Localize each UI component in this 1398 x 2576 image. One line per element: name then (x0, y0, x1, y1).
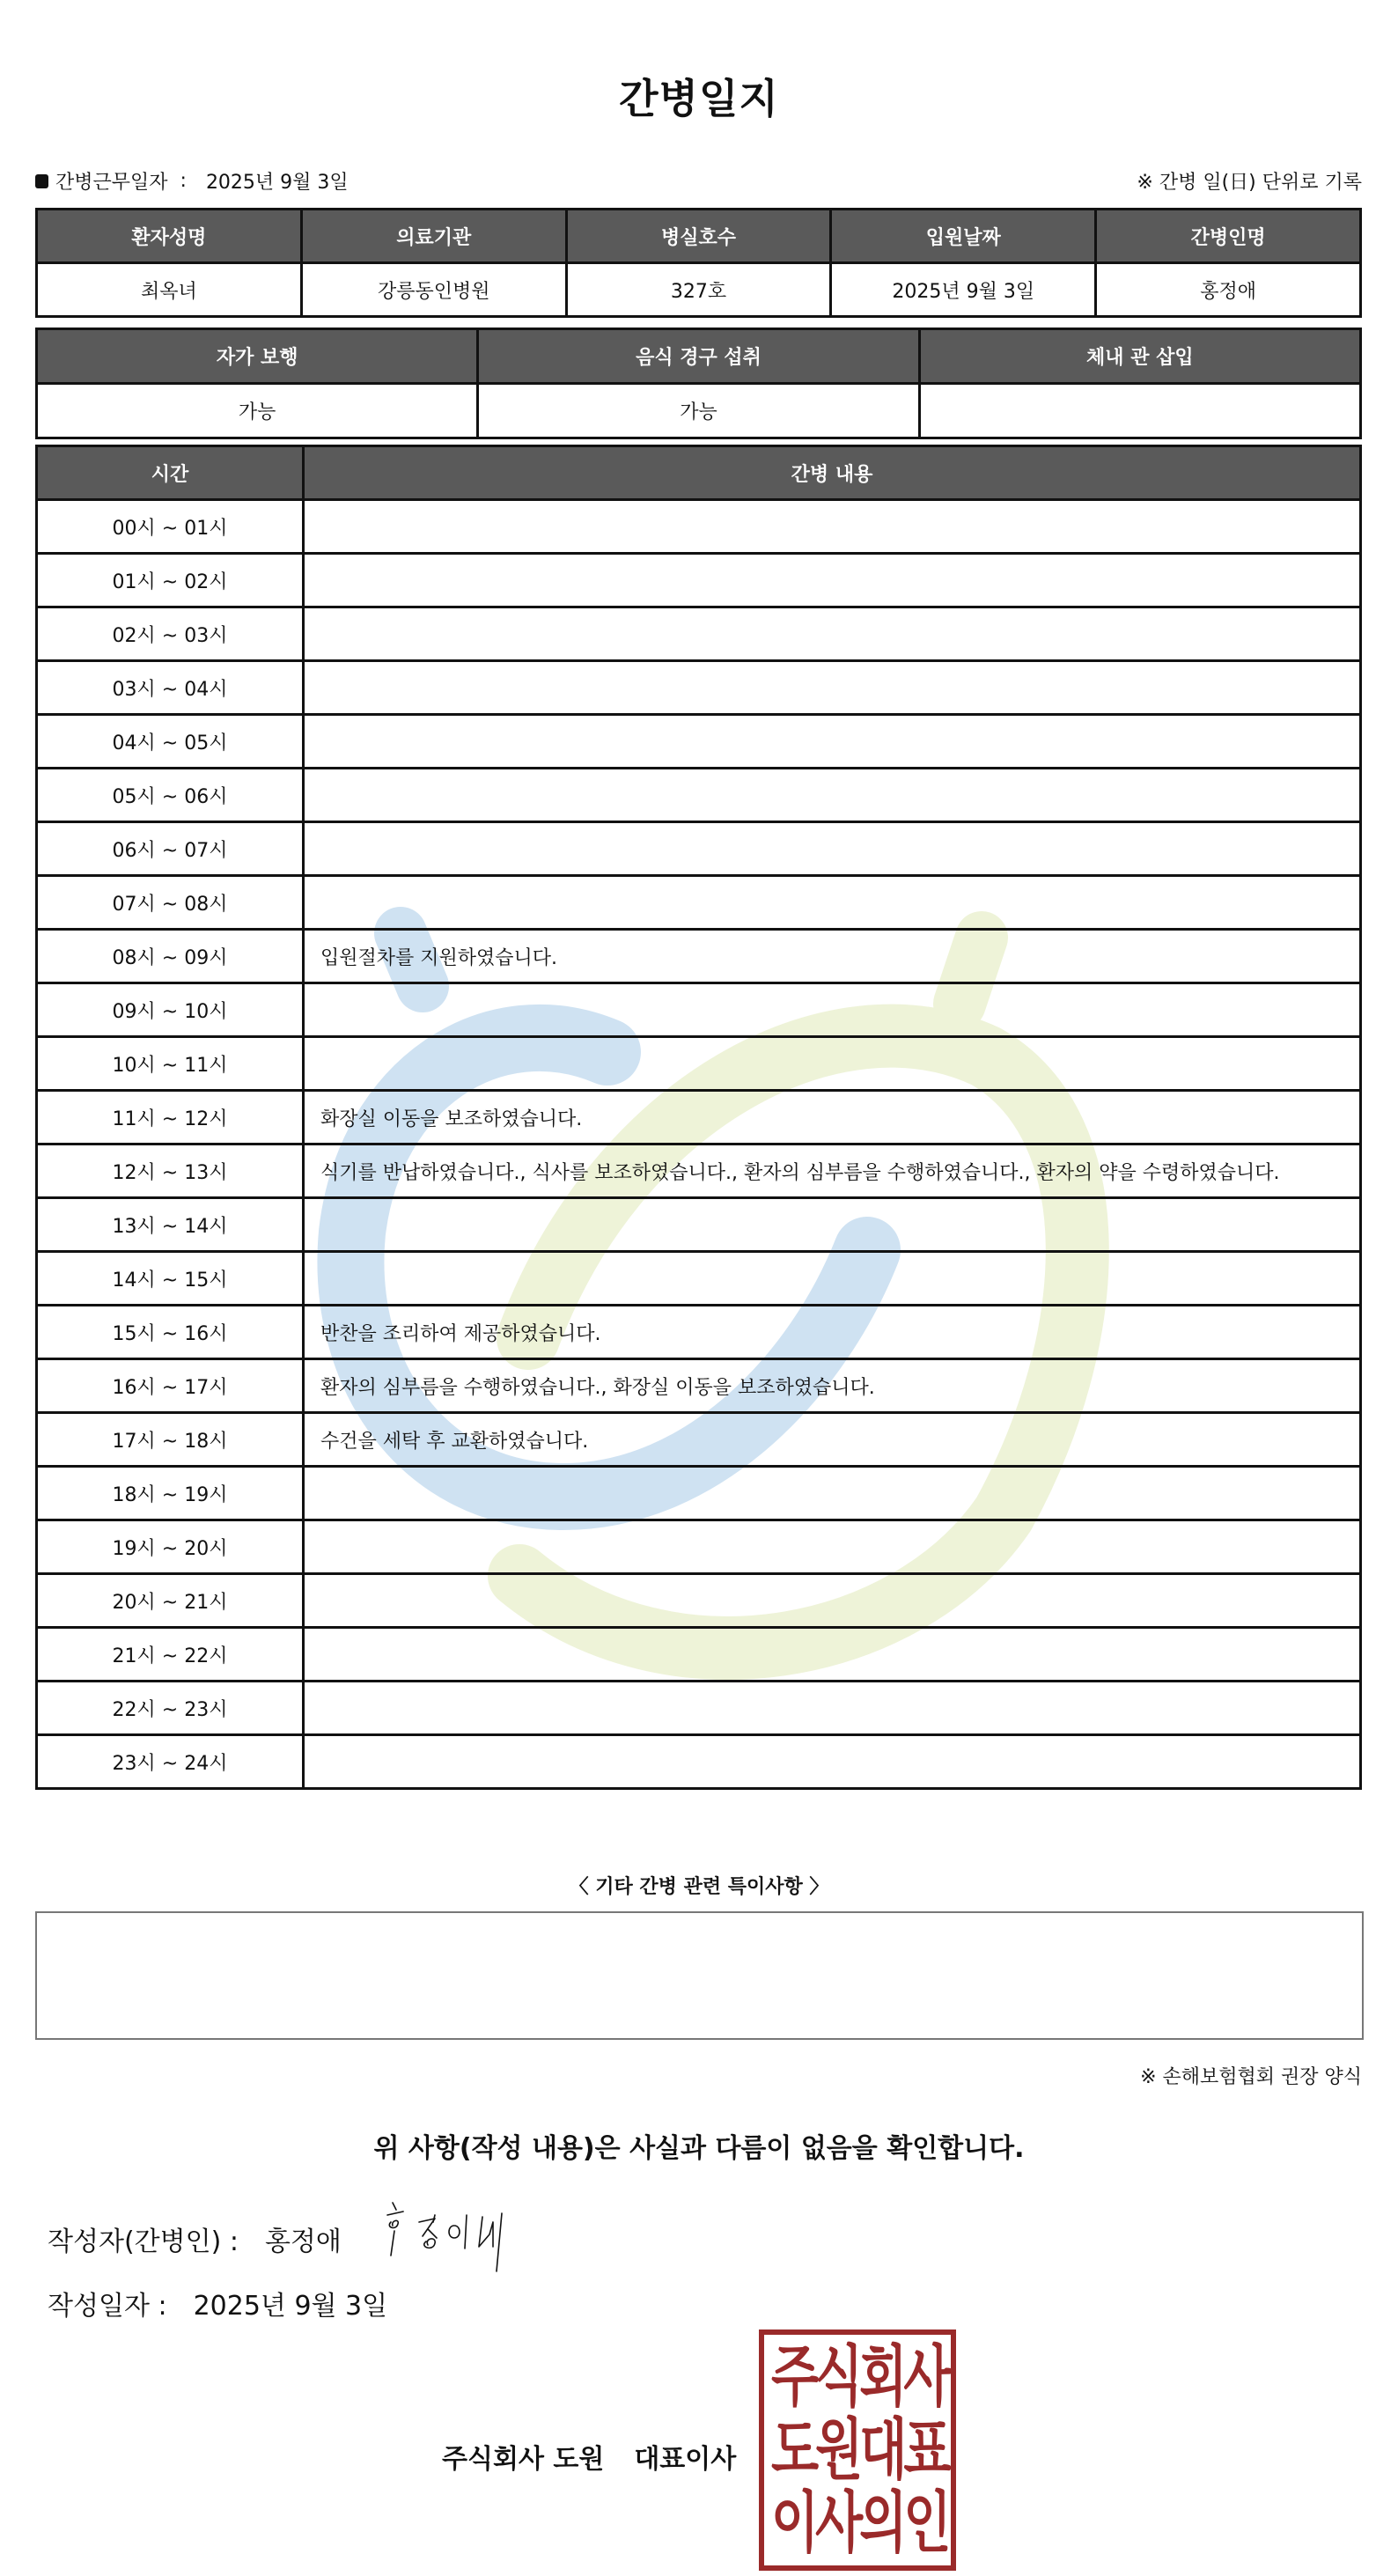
stamp-character: 대 (859, 2418, 903, 2484)
time-slot-cell: 01시 ~ 02시 (37, 554, 304, 607)
table-row: 06시 ~ 07시 (37, 822, 1361, 876)
care-content-cell: 반찬을 조리하여 제공하였습니다. (304, 1306, 1361, 1359)
table-row: 16시 ~ 17시환자의 심부름을 수행하였습니다., 화장실 이동을 보조하였… (37, 1359, 1361, 1413)
time-slot-cell: 03시 ~ 04시 (37, 661, 304, 715)
work-date-value: 2025년 9월 3일 (206, 167, 349, 195)
stamp-character: 식 (815, 2345, 859, 2412)
table-row: 04시 ~ 05시 (37, 715, 1361, 769)
care-content-cell (304, 769, 1361, 822)
care-content-cell (304, 1574, 1361, 1628)
table-row: 00시 ~ 01시 (37, 500, 1361, 554)
care-log-header-row: 시간 간병 내용 (37, 446, 1361, 500)
handwritten-signature (384, 2196, 516, 2275)
stamp-row: 도원대표 (771, 2415, 947, 2488)
care-log-body: 00시 ~ 01시01시 ~ 02시02시 ~ 03시03시 ~ 04시04시 … (37, 500, 1361, 1789)
time-slot-cell: 18시 ~ 19시 (37, 1467, 304, 1520)
patient-info-value-row: 최옥녀 강릉동인병원 327호 2025년 9월 3일 홍정애 (37, 263, 1361, 317)
header-oral-intake: 음식 경구 섭취 (478, 329, 919, 384)
care-content-cell (304, 876, 1361, 930)
time-slot-cell: 04시 ~ 05시 (37, 715, 304, 769)
company-name: 주식회사 도원 (442, 2437, 604, 2476)
time-slot-cell: 07시 ~ 08시 (37, 876, 304, 930)
care-content-cell: 식기를 반납하였습니다., 식사를 보조하였습니다., 환자의 심부름을 수행하… (304, 1144, 1361, 1198)
header-time: 시간 (37, 446, 304, 500)
care-log-table: 시간 간병 내용 00시 ~ 01시01시 ~ 02시02시 ~ 03시03시 … (35, 445, 1362, 1790)
stamp-character: 주 (771, 2345, 815, 2412)
care-content-cell (304, 1682, 1361, 1735)
record-unit-note: ※ 간병 일(日) 단위로 기록 (1137, 167, 1362, 195)
care-content-cell (304, 1467, 1361, 1520)
caregiver-name-cell: 홍정애 (1096, 263, 1361, 317)
ceo-title: 대표이사 (634, 2437, 736, 2476)
care-content-cell: 입원절차를 지원하였습니다. (304, 930, 1361, 983)
self-walking-cell: 가능 (37, 384, 478, 438)
header-admission-date: 입원날짜 (831, 210, 1096, 263)
table-row: 12시 ~ 13시식기를 반납하였습니다., 식사를 보조하였습니다., 환자의… (37, 1144, 1361, 1198)
time-slot-cell: 14시 ~ 15시 (37, 1252, 304, 1306)
time-slot-cell: 21시 ~ 22시 (37, 1628, 304, 1682)
stamp-character: 이 (771, 2491, 815, 2558)
table-row: 07시 ~ 08시 (37, 876, 1361, 930)
table-row: 22시 ~ 23시 (37, 1682, 1361, 1735)
writer-name: 홍정애 (265, 2219, 342, 2258)
written-date-value: 2025년 9월 3일 (194, 2284, 388, 2322)
stamp-character: 인 (903, 2491, 947, 2558)
header-care-content: 간병 내용 (304, 446, 1361, 500)
stamp-row: 주식회사 (771, 2342, 947, 2415)
care-content-cell: 환자의 심부름을 수행하였습니다., 화장실 이동을 보조하였습니다. (304, 1359, 1361, 1413)
work-date: 간병근무일자 : 2025년 9월 3일 (35, 167, 349, 195)
stamp-character: 회 (859, 2345, 903, 2412)
stamp-character: 사 (903, 2345, 947, 2412)
stamp-character: 도 (771, 2418, 815, 2484)
confirmation-statement: 위 사항(작성 내용)은 사실과 다름이 없음을 확인합니다. (0, 2126, 1398, 2165)
table-row: 01시 ~ 02시 (37, 554, 1361, 607)
stamp-character: 표 (903, 2418, 947, 2484)
table-row: 10시 ~ 11시 (37, 1037, 1361, 1091)
table-row: 09시 ~ 10시 (37, 983, 1361, 1037)
care-content-cell (304, 607, 1361, 661)
writer-label: 작성자(간병인) : (48, 2219, 239, 2258)
table-row: 05시 ~ 06시 (37, 769, 1361, 822)
time-slot-cell: 12시 ~ 13시 (37, 1144, 304, 1198)
status-info-value-row: 가능 가능 (37, 384, 1361, 438)
time-slot-cell: 16시 ~ 17시 (37, 1359, 304, 1413)
table-row: 13시 ~ 14시 (37, 1198, 1361, 1252)
time-slot-cell: 11시 ~ 12시 (37, 1091, 304, 1144)
table-row: 15시 ~ 16시반찬을 조리하여 제공하였습니다. (37, 1306, 1361, 1359)
company-seal-stamp: 주식회사 도원대표 이사의인 (759, 2329, 956, 2571)
time-slot-cell: 17시 ~ 18시 (37, 1413, 304, 1467)
written-date-label: 작성일자 : (48, 2284, 167, 2322)
patient-info-header-row: 환자성명 의료기관 병실호수 입원날짜 간병인명 (37, 210, 1361, 263)
care-content-cell (304, 554, 1361, 607)
time-slot-cell: 13시 ~ 14시 (37, 1198, 304, 1252)
table-row: 11시 ~ 12시화장실 이동을 보조하였습니다. (37, 1091, 1361, 1144)
time-slot-cell: 10시 ~ 11시 (37, 1037, 304, 1091)
admission-date-cell: 2025년 9월 3일 (831, 263, 1096, 317)
patient-name-cell: 최옥녀 (37, 263, 302, 317)
time-slot-cell: 19시 ~ 20시 (37, 1520, 304, 1574)
time-slot-cell: 08시 ~ 09시 (37, 930, 304, 983)
tube-insertion-cell (919, 384, 1360, 438)
status-info-table: 자가 보행 음식 경구 섭취 체내 관 삽입 가능 가능 (35, 328, 1362, 439)
header-caregiver-name: 간병인명 (1096, 210, 1361, 263)
stamp-character: 사 (815, 2491, 859, 2558)
care-content-cell (304, 1735, 1361, 1789)
care-content-cell: 화장실 이동을 보조하였습니다. (304, 1091, 1361, 1144)
oral-intake-cell: 가능 (478, 384, 919, 438)
time-slot-cell: 23시 ~ 24시 (37, 1735, 304, 1789)
written-date-line: 작성일자 : 2025년 9월 3일 (48, 2284, 387, 2322)
company-signature-line: 주식회사 도원 대표이사 (442, 2437, 736, 2476)
header-tube-insertion: 체내 관 삽입 (919, 329, 1360, 384)
work-date-label: 간병근무일자 (55, 167, 168, 195)
header-hospital: 의료기관 (301, 210, 566, 263)
table-row: 20시 ~ 21시 (37, 1574, 1361, 1628)
table-row: 23시 ~ 24시 (37, 1735, 1361, 1789)
stamp-character: 원 (815, 2418, 859, 2484)
care-content-cell (304, 983, 1361, 1037)
stamp-row: 이사의인 (771, 2487, 947, 2560)
care-content-cell (304, 661, 1361, 715)
care-content-cell (304, 500, 1361, 554)
patient-info-table: 환자성명 의료기관 병실호수 입원날짜 간병인명 최옥녀 강릉동인병원 327호… (35, 208, 1362, 318)
special-notes-box (35, 1911, 1364, 2040)
header-self-walking: 자가 보행 (37, 329, 478, 384)
care-content-cell (304, 1198, 1361, 1252)
table-row: 02시 ~ 03시 (37, 607, 1361, 661)
care-content-cell (304, 1628, 1361, 1682)
stamp-character: 의 (859, 2491, 903, 2558)
header-patient-name: 환자성명 (37, 210, 302, 263)
time-slot-cell: 06시 ~ 07시 (37, 822, 304, 876)
time-slot-cell: 22시 ~ 23시 (37, 1682, 304, 1735)
table-row: 14시 ~ 15시 (37, 1252, 1361, 1306)
page-title: 간병일지 (0, 67, 1398, 125)
status-info-header-row: 자가 보행 음식 경구 섭취 체내 관 삽입 (37, 329, 1361, 384)
time-slot-cell: 05시 ~ 06시 (37, 769, 304, 822)
hospital-cell: 강릉동인병원 (301, 263, 566, 317)
form-source-note: ※ 손해보험협회 권장 양식 (1140, 2062, 1362, 2089)
time-slot-cell: 09시 ~ 10시 (37, 983, 304, 1037)
table-row: 03시 ~ 04시 (37, 661, 1361, 715)
table-row: 08시 ~ 09시입원절차를 지원하였습니다. (37, 930, 1361, 983)
care-content-cell: 수건을 세탁 후 교환하였습니다. (304, 1413, 1361, 1467)
care-content-cell (304, 822, 1361, 876)
table-row: 17시 ~ 18시수건을 세탁 후 교환하였습니다. (37, 1413, 1361, 1467)
work-date-separator: : (180, 170, 187, 192)
time-slot-cell: 02시 ~ 03시 (37, 607, 304, 661)
bullet-square-icon (35, 174, 48, 188)
header-room-number: 병실호수 (566, 210, 831, 263)
room-number-cell: 327호 (566, 263, 831, 317)
time-slot-cell: 00시 ~ 01시 (37, 500, 304, 554)
table-row: 18시 ~ 19시 (37, 1467, 1361, 1520)
care-content-cell (304, 1037, 1361, 1091)
care-content-cell (304, 715, 1361, 769)
table-row: 21시 ~ 22시 (37, 1628, 1361, 1682)
care-content-cell (304, 1252, 1361, 1306)
special-notes-title: 〈 기타 간병 관련 특이사항 〉 (0, 1872, 1398, 1899)
care-content-cell (304, 1520, 1361, 1574)
writer-line: 작성자(간병인) : 홍정애 (48, 2219, 342, 2258)
time-slot-cell: 15시 ~ 16시 (37, 1306, 304, 1359)
table-row: 19시 ~ 20시 (37, 1520, 1361, 1574)
time-slot-cell: 20시 ~ 21시 (37, 1574, 304, 1628)
